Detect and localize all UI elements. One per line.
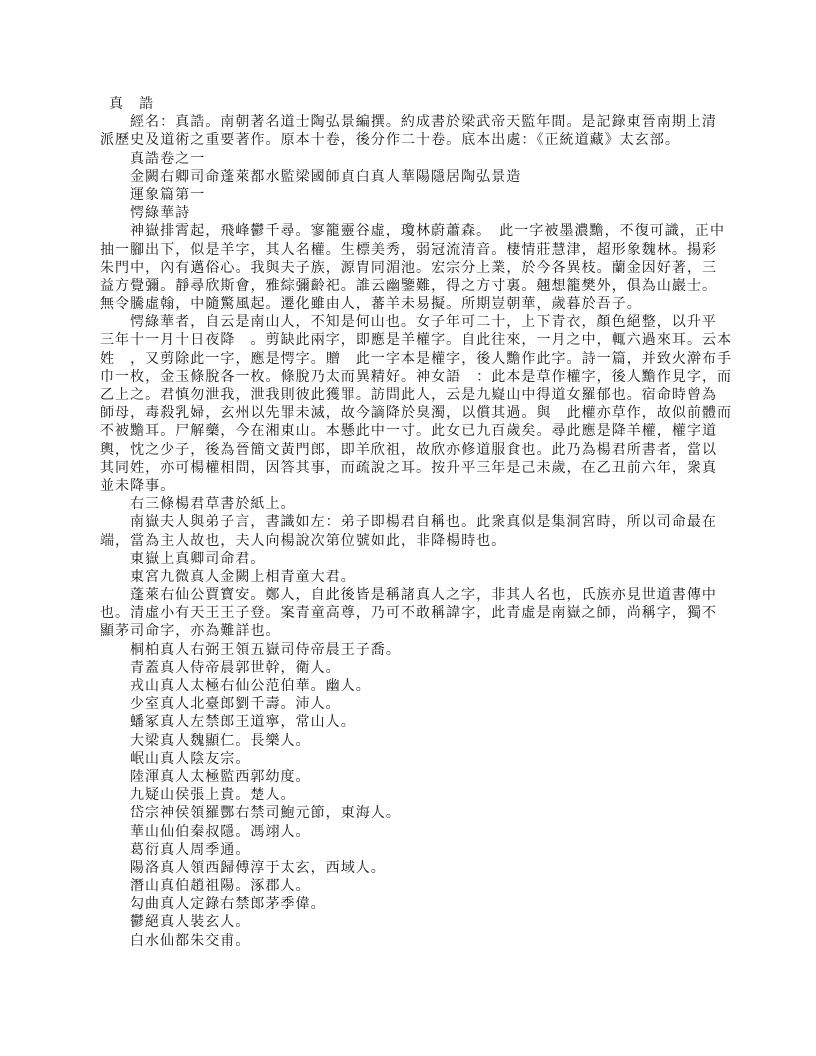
text-line: 陽洛真人領西歸傅淳于太玄，西域人。 <box>100 860 726 878</box>
text-line: 岱宗神侯領羅酆右禁司鮑元節，東海人。 <box>100 805 726 823</box>
document-page: 真 誥 經名：真誥。南朝著名道士陶弘景編撰。約成書於梁武帝天監年間。是記錄東晉南… <box>0 0 816 1056</box>
document-lines: 經名：真誥。南朝著名道士陶弘景編撰。約成書於梁武帝天監年間。是記錄東晉南期上清派… <box>100 114 726 951</box>
text-line: 巾一枚，金玉條脫各一枚。條脫乃太而異精好。神女語 ：此本是草作權字，後人黵作見字… <box>100 369 726 387</box>
text-line: 南嶽夫人與弟子言，書識如左：弟子即楊君自稱也。此衆真似是集洞宮時，所以司命最在 <box>100 514 726 532</box>
text-line: 神嶽排霄起，飛峰鬱千尋。寥籠靈谷虛，瓊林蔚蕭森。 此一字被墨濃黵，不復可識，正中 <box>100 223 726 241</box>
text-line: 勾曲真人定錄右禁郎茅季偉。 <box>100 896 726 914</box>
text-line: 朱門中，內有邁俗心。我與夫子族，源胄同湄池。宏宗分上業，於今各異枝。蘭金因好著，… <box>100 260 726 278</box>
text-line: 真誥卷之一 <box>100 151 726 169</box>
text-line: 陸渾真人太極監西郭幼度。 <box>100 769 726 787</box>
text-line: 戎山真人太極右仙公范伯華。幽人。 <box>100 678 726 696</box>
text-line: 葛衍真人周季通。 <box>100 842 726 860</box>
text-line: 三年十一月十日夜降 。剪缺此兩字，即應是羊權字。自此往來，一月之中，輒六過來耳。… <box>100 332 726 350</box>
text-line: 白水仙都朱交甫。 <box>100 933 726 951</box>
text-line: 華山仙伯秦叔隱。馮翊人。 <box>100 824 726 842</box>
document-content: 真 誥 經名：真誥。南朝著名道士陶弘景編撰。約成書於梁武帝天監年間。是記錄東晉南… <box>100 96 726 951</box>
text-line: 經名：真誥。南朝著名道士陶弘景編撰。約成書於梁武帝天監年間。是記錄東晉南期上清 <box>100 114 726 132</box>
text-line: 姓 ，又剪除此一字，應是愕字。贈 此一字本是權字，後人黵作此字。詩一篇，并致火澣… <box>100 351 726 369</box>
text-line: 無令騰虛翰，中隨驚風起。遷化雖由人，蕃羊未易擬。所期豈朝華，歲暮於吾子。 <box>100 296 726 314</box>
text-line: 顯茅司命字，亦為難詳也。 <box>100 623 726 641</box>
text-line: 派歷史及道術之重要著作。原本十卷，後分作二十卷。底本出處：《正統道藏》太玄部。 <box>100 132 726 150</box>
text-line: 蟠冢真人左禁郎王道寧，常山人。 <box>100 714 726 732</box>
document-title: 真 誥 <box>100 96 726 114</box>
text-line: 大梁真人魏顯仁。長樂人。 <box>100 733 726 751</box>
text-line: 其同姓，亦可楊權相問，因答其事，而疏說之耳。按升平三年是己未歲，在乙丑前六年，衆… <box>100 460 726 478</box>
text-line: 九疑山侯張上貴。楚人。 <box>100 787 726 805</box>
text-line: 乙上之。君慎勿泄我，泄我則彼此獲罪。訪問此人，云是九嶷山中得道女羅郁也。宿命時曾… <box>100 387 726 405</box>
text-line: 右三條楊君草書於紙上。 <box>100 496 726 514</box>
text-line: 輿，忱之少子，後為晉簡文黃門郎，即羊欣祖，故欣亦修道服食也。此乃為楊君所書者，當… <box>100 442 726 460</box>
text-line: 端，當為主人故也，夫人向楊說次第位號如此，非降楊時也。 <box>100 533 726 551</box>
text-line: 益方覺彌。靜尋欣斯會，雅綜彌齡祀。誰云幽鑒難，得之方寸裏。翹想籠樊外，俱為山巖士… <box>100 278 726 296</box>
text-line: 少室真人北臺郎劉千壽。沛人。 <box>100 696 726 714</box>
text-line: 不被黵耳。尸解藥，今在湘東山。本懸此中一寸。此女已九百歲矣。尋此應是降羊權，權字… <box>100 423 726 441</box>
text-line: 愕綠華者，自云是南山人，不知是何山也。女子年可二十，上下青衣，顏色絕整，以升平 <box>100 314 726 332</box>
text-line: 運象篇第一 <box>100 187 726 205</box>
text-line: 青蓋真人侍帝晨郭世幹，衛人。 <box>100 660 726 678</box>
text-line: 潛山真伯趙祖陽。涿郡人。 <box>100 878 726 896</box>
text-line: 抽一腳出下，似是羊字，其人名權。生標美秀，弱冠流清音。棲情莊慧津，超形象魏林。揚… <box>100 242 726 260</box>
text-line: 東宮九微真人金闕上相青童大君。 <box>100 569 726 587</box>
text-line: 金闕右卿司命蓬萊都水監梁國師貞白真人華陽隱居陶弘景造 <box>100 169 726 187</box>
text-line: 並未降事。 <box>100 478 726 496</box>
text-line: 也。清虛小有天王王子登。案青童高尊，乃可不敢稱諱字，此青虛是南嶽之師，尚稱字，獨… <box>100 605 726 623</box>
text-line: 師母，毒殺乳婦，玄州以先罪未滅，故今謫降於臭濁，以償其過。與 此權亦草作，故似前… <box>100 405 726 423</box>
text-line: 愕綠華詩 <box>100 205 726 223</box>
text-line: 東嶽上真卿司命君。 <box>100 551 726 569</box>
text-line: 鬱絕真人裝玄人。 <box>100 914 726 932</box>
text-line: 桐柏真人右弼王領五嶽司侍帝晨王子喬。 <box>100 642 726 660</box>
text-line: 岷山真人陰友宗。 <box>100 751 726 769</box>
text-line: 蓬萊右仙公賈寶安。鄭人，自此後皆是稱諸真人之字，非其人名也，氏族亦見世道書傳中 <box>100 587 726 605</box>
